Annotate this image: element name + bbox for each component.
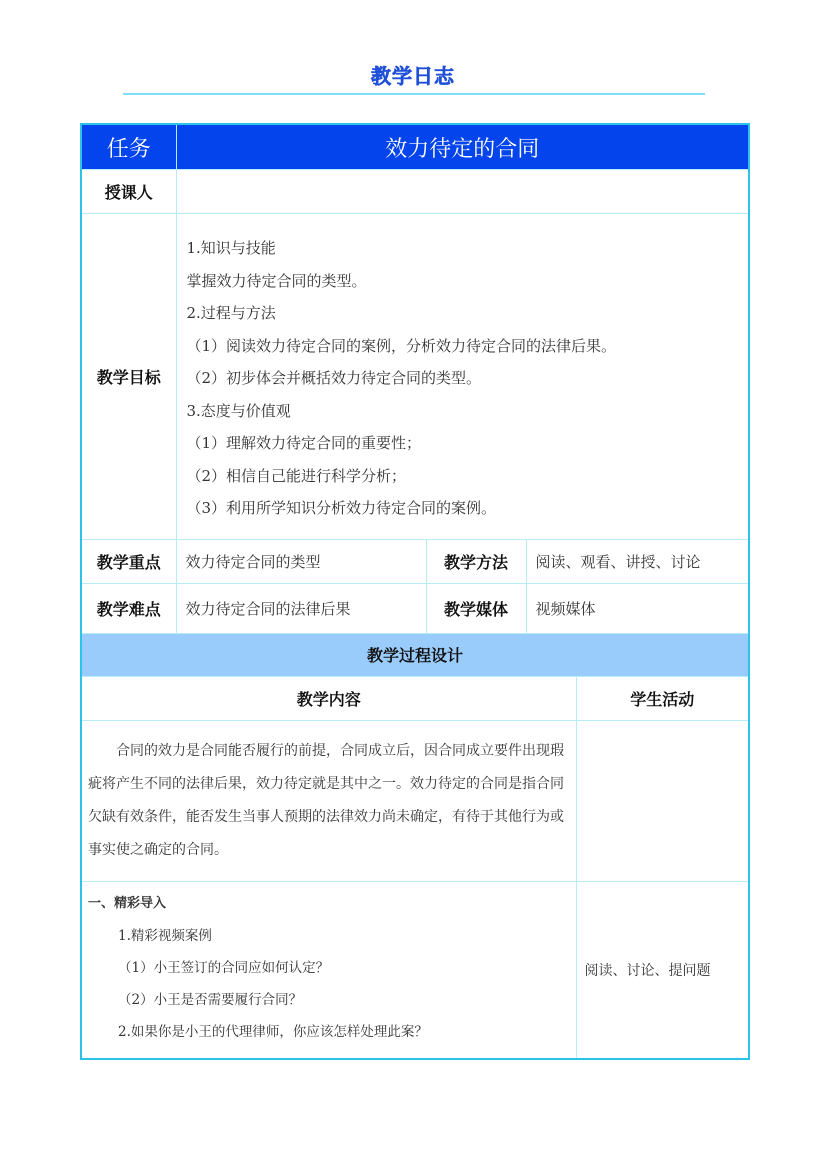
step-line: （1）小王签订的合同应如何认定？ [88, 952, 576, 984]
task-row: 任务 效力待定的合同 [81, 124, 749, 170]
step-row: 一、精彩导入 1.精彩视频案例 （1）小王签订的合同应如何认定？ （2）小王是否… [81, 881, 749, 1059]
process-section-title: 教学过程设计 [81, 633, 749, 676]
goal-line: 2.过程与方法 [187, 297, 749, 330]
goal-line: （1）阅读效力待定合同的案例，分析效力待定合同的法律后果。 [187, 330, 749, 363]
goals-content: 1.知识与技能 掌握效力待定合同的类型。 2.过程与方法 （1）阅读效力待定合同… [176, 214, 749, 540]
step-content: 一、精彩导入 1.精彩视频案例 （1）小王签订的合同应如何认定？ （2）小王是否… [81, 881, 576, 1059]
task-label: 任务 [81, 124, 176, 170]
goals-label: 教学目标 [81, 214, 176, 540]
intro-activity [576, 720, 749, 881]
document-title: 教学日志 [0, 60, 826, 89]
step-heading: 一、精彩导入 [88, 888, 576, 920]
activity-column-header: 学生活动 [576, 676, 749, 720]
step-activity: 阅读、讨论、提问题 [576, 881, 749, 1059]
step-line: 1.精彩视频案例 [88, 920, 576, 952]
goal-line: （1）理解效力待定合同的重要性； [187, 427, 749, 460]
lesson-log-table: 任务 效力待定的合同 授课人 教学目标 1.知识与技能 掌握效力待定合同的类型。… [80, 123, 750, 1060]
task-value: 效力待定的合同 [176, 124, 749, 170]
content-column-header: 教学内容 [81, 676, 576, 720]
process-column-headers: 教学内容 学生活动 [81, 676, 749, 720]
key-points-value: 效力待定合同的类型 [176, 539, 426, 583]
goal-line: 1.知识与技能 [187, 232, 749, 265]
goal-line: （2）初步体会并概括效力待定合同的类型。 [187, 362, 749, 395]
step-line: （2）小王是否需要履行合同？ [88, 984, 576, 1016]
media-value: 视频媒体 [526, 583, 749, 633]
difficulty-row: 教学难点 效力待定合同的法律后果 教学媒体 视频媒体 [81, 583, 749, 633]
key-points-label: 教学重点 [81, 539, 176, 583]
intro-content: 合同的效力是合同能否履行的前提，合同成立后，因合同成立要件出现瑕疵将产生不同的法… [81, 720, 576, 881]
teacher-label: 授课人 [81, 170, 176, 214]
difficulty-label: 教学难点 [81, 583, 176, 633]
goal-line: 掌握效力待定合同的类型。 [187, 265, 749, 298]
goal-line: （2）相信自己能进行科学分析； [187, 460, 749, 493]
teacher-value [176, 170, 749, 214]
method-label: 教学方法 [426, 539, 526, 583]
method-value: 阅读、观看、讲授、讨论 [526, 539, 749, 583]
key-points-row: 教学重点 效力待定合同的类型 教学方法 阅读、观看、讲授、讨论 [81, 539, 749, 583]
title-divider [123, 93, 705, 95]
intro-row: 合同的效力是合同能否履行的前提，合同成立后，因合同成立要件出现瑕疵将产生不同的法… [81, 720, 749, 881]
teacher-row: 授课人 [81, 170, 749, 214]
difficulty-value: 效力待定合同的法律后果 [176, 583, 426, 633]
media-label: 教学媒体 [426, 583, 526, 633]
goal-line: （3）利用所学知识分析效力待定合同的案例。 [187, 492, 749, 525]
step-line: 2.如果你是小王的代理律师，你应该怎样处理此案？ [88, 1016, 576, 1048]
goal-line: 3.态度与价值观 [187, 395, 749, 428]
intro-paragraph: 合同的效力是合同能否履行的前提，合同成立后，因合同成立要件出现瑕疵将产生不同的法… [88, 735, 570, 867]
process-section-row: 教学过程设计 [81, 633, 749, 676]
goals-row: 教学目标 1.知识与技能 掌握效力待定合同的类型。 2.过程与方法 （1）阅读效… [81, 214, 749, 540]
